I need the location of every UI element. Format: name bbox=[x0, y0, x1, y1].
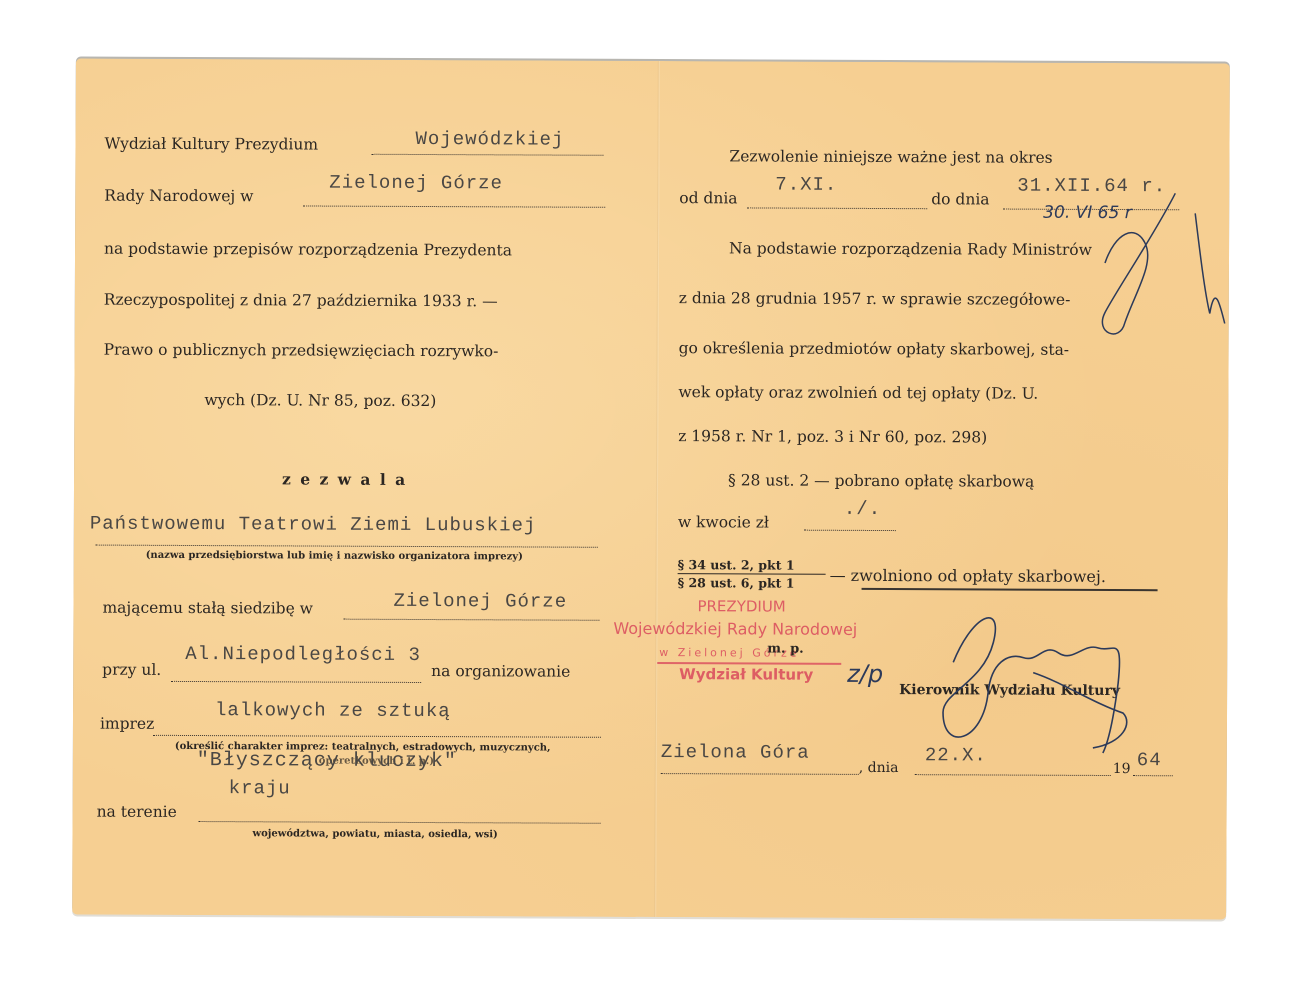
amount-label: w kwocie zł bbox=[678, 513, 769, 531]
validity-heading: Zezwolenie niniejsze ważne jest na okres bbox=[729, 147, 1052, 166]
exemption-text: — zwolniono od opłaty skarbowej. bbox=[830, 566, 1106, 586]
legal-line-1: na podstawie przepisów rozporządzenia Pr… bbox=[104, 240, 512, 260]
events-value: lalkowych ze sztuką bbox=[215, 699, 451, 722]
dotted-line bbox=[96, 545, 598, 548]
street-label: przy ul. bbox=[102, 661, 161, 679]
signature-icon bbox=[913, 602, 1154, 763]
area-label: na terenie bbox=[97, 803, 177, 821]
voivodeship-value: Wojewódzkiej bbox=[415, 128, 564, 151]
center-fold bbox=[654, 61, 660, 917]
legal-right-line-3: go określenia przedmiotów opłaty skarbow… bbox=[679, 339, 1070, 359]
stamp-line-1: PREZYDIUM bbox=[697, 597, 785, 615]
area-hint: województwa, powiatu, miasta, osiedla, w… bbox=[252, 828, 497, 840]
from-label: od dnia bbox=[679, 189, 737, 207]
signature-prefix: z/p bbox=[847, 660, 883, 688]
year-prefix: 19 bbox=[1113, 761, 1131, 777]
exemption-ref-2: § 28 ust. 6, pkt 1 bbox=[678, 575, 795, 591]
organizer-value: Państwowemu Teatrowi Ziemi Lubuskiej bbox=[90, 513, 537, 537]
legal-right-line-1: Na podstawie rozporządzenia Rady Ministr… bbox=[729, 239, 1092, 259]
dotted-line bbox=[1133, 775, 1173, 776]
dotted-line bbox=[343, 619, 599, 621]
dotted-line bbox=[804, 530, 896, 531]
extension-signature-icon bbox=[1075, 173, 1236, 354]
exemption-underline bbox=[862, 588, 1158, 591]
seat-label: mającemu stałą siedzibę w bbox=[102, 599, 313, 618]
stamp-line-4: Wydział Kultury bbox=[679, 665, 813, 684]
fee-line: § 28 ust. 2 — pobrano opłatę skarbową bbox=[728, 471, 1034, 490]
dotted-line bbox=[371, 154, 603, 156]
dotted-line bbox=[199, 821, 601, 824]
seat-value: Zielonej Górze bbox=[393, 590, 567, 613]
organizer-hint: (nazwa przedsiębiorstwa lub imię i nazwi… bbox=[146, 550, 523, 563]
place-value: Zielona Góra bbox=[661, 741, 810, 764]
street-value: Al.Niepodległości 3 bbox=[185, 643, 421, 666]
to-label: do dnia bbox=[931, 190, 989, 208]
dotted-line bbox=[747, 207, 927, 209]
dotted-line bbox=[171, 681, 421, 683]
city-value: Zielonej Górze bbox=[329, 172, 503, 195]
organizing-label: na organizowanie bbox=[431, 662, 570, 681]
legal-line-2: Rzeczypospolitej z dnia 27 października … bbox=[104, 291, 498, 311]
exemption-ref-1: § 34 ust. 2, pkt 1 bbox=[678, 557, 795, 573]
legal-right-line-5: z 1958 r. Nr 1, poz. 3 i Nr 60, poz. 298… bbox=[678, 427, 987, 446]
council-label: Rady Narodowej w bbox=[104, 187, 253, 206]
legal-line-4: wych (Dz. U. Nr 85, poz. 632) bbox=[204, 391, 436, 410]
mp-label: m. p. bbox=[767, 642, 804, 657]
legal-right-line-2: z dnia 28 grudnia 1957 r. w sprawie szcz… bbox=[679, 289, 1071, 309]
stamp-line-2: Wojewódzkiej Rady Narodowej bbox=[613, 619, 857, 639]
dotted-line bbox=[661, 773, 859, 775]
dotted-line bbox=[153, 735, 601, 738]
area-value: kraju bbox=[229, 777, 291, 799]
play-title: "Błyszczący kluczyk" bbox=[197, 749, 457, 773]
legal-line-3: Prawo o publicznych przedsięwzięciach ro… bbox=[104, 341, 499, 361]
date-value: 22.X. bbox=[925, 744, 987, 766]
year-value: 64 bbox=[1137, 749, 1162, 771]
legal-right-line-4: wek opłaty oraz zwolnień od tej opłaty (… bbox=[678, 383, 1038, 403]
from-date-value: 7.XI. bbox=[775, 174, 837, 196]
grants-heading: z e z w a l a bbox=[282, 469, 407, 489]
dotted-line bbox=[915, 774, 1111, 776]
date-label: , dnia bbox=[859, 760, 899, 776]
dotted-line bbox=[303, 205, 605, 207]
department-label: Wydział Kultury Prezydium bbox=[104, 135, 318, 154]
events-label: imprez bbox=[100, 715, 154, 733]
permit-document: Wydział Kultury Prezydium Wojewódzkiej R… bbox=[72, 58, 1230, 919]
amount-value: ./. bbox=[844, 498, 881, 520]
